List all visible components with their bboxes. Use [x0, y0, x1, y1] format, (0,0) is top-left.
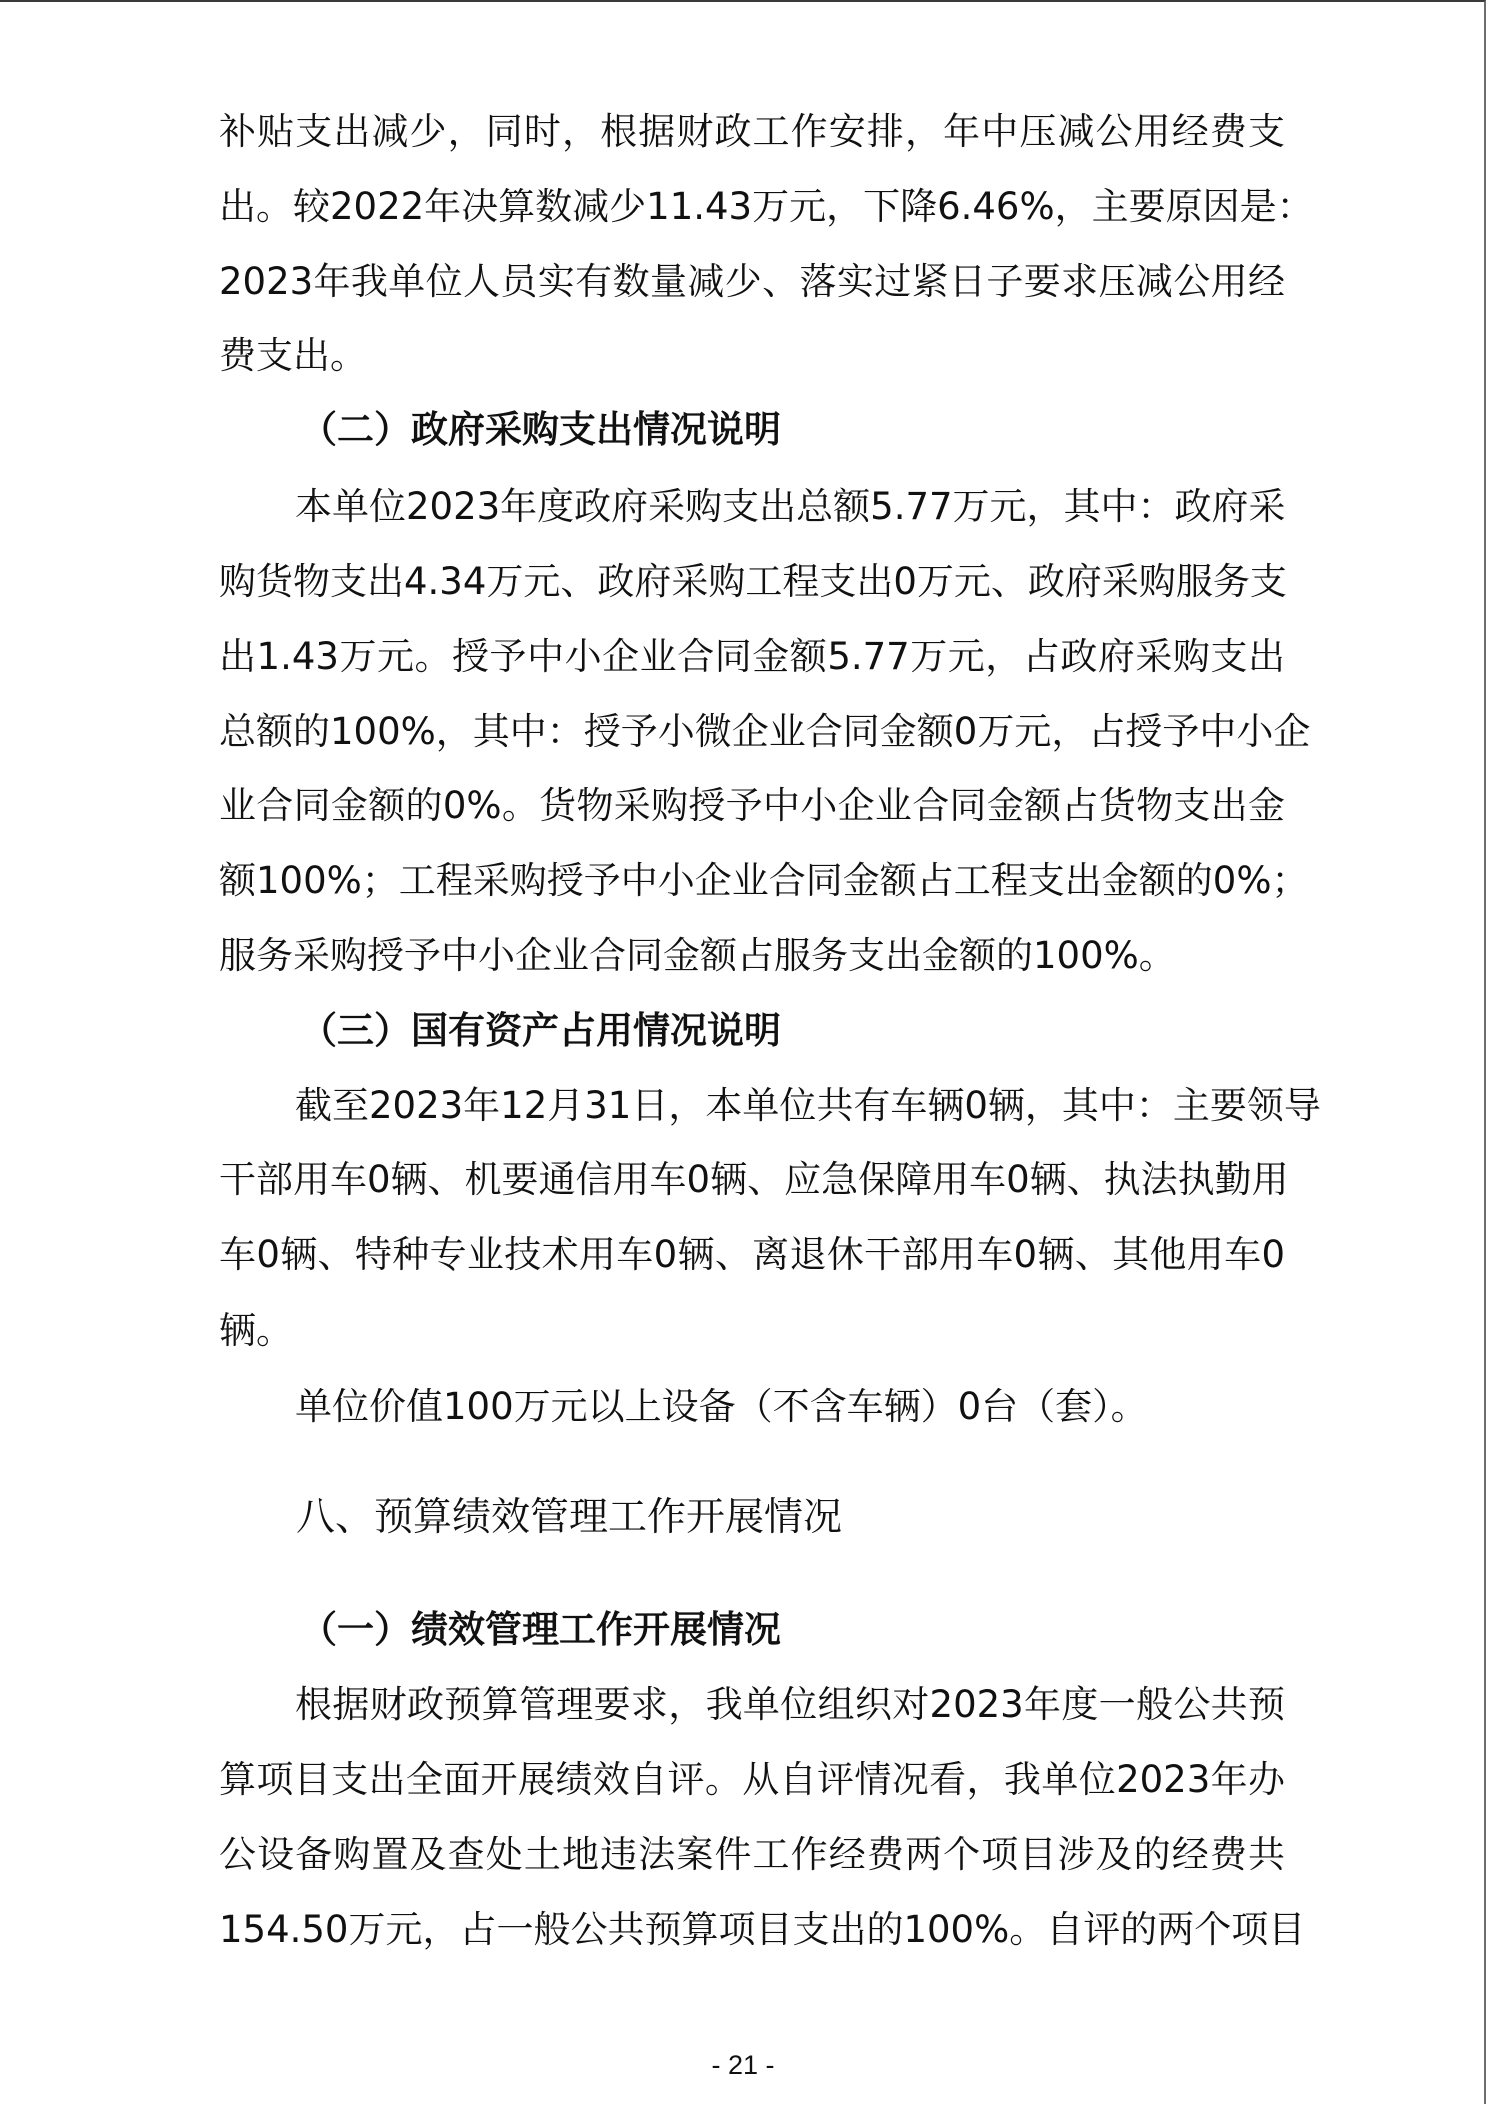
body-line: 本单位2023年度政府采购支出总额5.77万元，其中：政府采 [295, 485, 1285, 529]
body-line: 出1.43万元。授予中小企业合同金额5.77万元，占政府采购支出 [219, 635, 1285, 679]
document-page: 补贴支出减少，同时，根据财政工作安排，年中压减公用经费支 出。较2022年决算数… [0, 0, 1486, 2104]
body-line: 根据财政预算管理要求，我单位组织对2023年度一般公共预 [295, 1683, 1285, 1727]
procurement-heading: （二）政府采购支出情况说明 [300, 408, 781, 452]
chapter-eight-heading: 八、预算绩效管理工作开展情况 [296, 1494, 842, 1542]
body-line: 出。较2022年决算数减少11.43万元，下降6.46%，主要原因是： [219, 185, 1285, 229]
body-line: 业合同金额的0%。货物采购授予中小企业合同金额占货物支出金 [219, 784, 1285, 828]
body-line: 算项目支出全面开展绩效自评。从自评情况看，我单位2023年办 [219, 1758, 1285, 1802]
body-line: 费支出。 [219, 334, 1285, 378]
body-line: 截至2023年12月31日，本单位共有车辆0辆，其中：主要领导 [295, 1084, 1285, 1128]
body-line: 服务采购授予中小企业合同金额占服务支出金额的100%。 [219, 934, 1285, 978]
body-line: 车0辆、特种专业技术用车0辆、离退休干部用车0辆、其他用车0 [219, 1233, 1285, 1277]
assets-heading: （三）国有资产占用情况说明 [300, 1009, 781, 1053]
body-line: 额100%；工程采购授予中小企业合同金额占工程支出金额的0%； [219, 859, 1285, 903]
performance-heading: （一）绩效管理工作开展情况 [300, 1608, 781, 1652]
body-line: 总额的100%，其中：授予小微企业合同金额0万元，占授予中小企 [219, 710, 1285, 754]
body-line: 干部用车0辆、机要通信用车0辆、应急保障用车0辆、执法执勤用 [219, 1158, 1285, 1202]
page-number: - 21 - [0, 2050, 1486, 2081]
body-line: 补贴支出减少，同时，根据财政工作安排，年中压减公用经费支 [219, 110, 1285, 154]
body-line: 购货物支出4.34万元、政府采购工程支出0万元、政府采购服务支 [219, 560, 1285, 604]
body-line: 公设备购置及查处土地违法案件工作经费两个项目涉及的经费共 [219, 1833, 1285, 1877]
body-line: 2023年我单位人员实有数量减少、落实过紧日子要求压减公用经 [219, 260, 1285, 304]
body-line: 154.50万元，占一般公共预算项目支出的100%。自评的两个项目 [219, 1908, 1285, 1952]
body-line: 辆。 [219, 1309, 1285, 1353]
equipment-line: 单位价值100万元以上设备（不含车辆）0台（套）。 [295, 1385, 1285, 1429]
